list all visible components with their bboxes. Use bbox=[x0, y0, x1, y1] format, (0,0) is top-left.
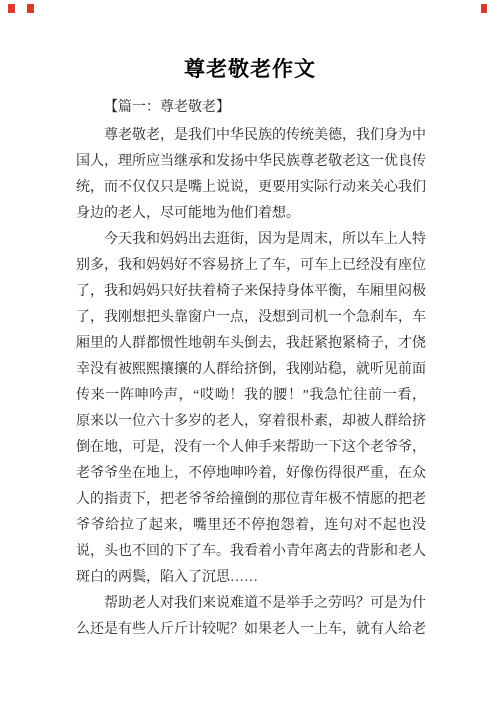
essay-line: 传来一阵呻吟声，“哎呦！我的腰！”我急忙往前一看， bbox=[76, 383, 426, 409]
essay-line: 统，而不仅仅只是嘴上说说，更要用实际行动来关心我们 bbox=[76, 175, 426, 201]
essay-line: 幸没有被熙熙攘攘的人群给挤倒，我刚站稳，就听见前面 bbox=[76, 357, 426, 383]
red-mark-icon bbox=[8, 4, 15, 13]
essay-line: 了，我刚想把头靠窗户一点，没想到司机一个急刹车，车 bbox=[76, 305, 426, 331]
essay-line: 么还是有些人斤斤计较呢？如果老人一上车，就有人给老 bbox=[76, 617, 426, 643]
paragraph: 帮助老人对我们来说难道不是举手之劳吗？可是为什么还是有些人斤斤计较呢？如果老人一… bbox=[76, 591, 426, 643]
essay-line: 倒在地，可是，没有一个人伸手来帮助一下这个老爷爷， bbox=[76, 435, 426, 461]
essay-line: 原来以一位六十多岁的老人，穿着很朴素，却被人群给挤 bbox=[76, 409, 426, 435]
essay-line: 尊老敬老，是我们中华民族的传统美德，我们身为中 bbox=[76, 123, 426, 149]
red-mark-icon bbox=[27, 4, 34, 13]
essay-line: 说，头也不回的下了车。我看着小青年离去的背影和老人 bbox=[76, 539, 426, 565]
document-page: 尊老敬老作文 【篇一：尊老敬老】 尊老敬老，是我们中华民族的传统美德，我们身为中… bbox=[0, 0, 500, 707]
paragraph: 今天我和妈妈出去逛街，因为是周末，所以车上人特别多，我和妈妈好不容易挤上了车，可… bbox=[76, 227, 426, 591]
essay-line: 老爷爷坐在地上，不停地呻吟着，好像伤得很严重，在众 bbox=[76, 461, 426, 487]
essay-paragraphs: 尊老敬老，是我们中华民族的传统美德，我们身为中国人，理所应当继承和发扬中华民族尊… bbox=[76, 123, 426, 643]
paragraph: 尊老敬老，是我们中华民族的传统美德，我们身为中国人，理所应当继承和发扬中华民族尊… bbox=[76, 123, 426, 227]
essay-line: 厢里的人群都惯性地朝车头倒去，我赶紧抱紧椅子，才侥 bbox=[76, 331, 426, 357]
essay-body: 【篇一：尊老敬老】 尊老敬老，是我们中华民族的传统美德，我们身为中国人，理所应当… bbox=[76, 95, 426, 643]
essay-line: 人的指责下，把老爷爷给撞倒的那位青年极不情愿的把老 bbox=[76, 487, 426, 513]
section-heading: 【篇一：尊老敬老】 bbox=[76, 95, 426, 121]
essay-line: 国人，理所应当继承和发扬中华民族尊老敬老这一优良传 bbox=[76, 149, 426, 175]
essay-line: 今天我和妈妈出去逛街，因为是周末，所以车上人特 bbox=[76, 227, 426, 253]
essay-line: 了，我和妈妈只好扶着椅子来保持身体平衡，车厢里闷极 bbox=[76, 279, 426, 305]
essay-line: 爷爷给拉了起来，嘴里还不停抱怨着，连句对不起也没 bbox=[76, 513, 426, 539]
essay-line: 别多，我和妈妈好不容易挤上了车，可车上已经没有座位 bbox=[76, 253, 426, 279]
essay-line: 斑白的两鬓，陷入了沉思…… bbox=[76, 565, 426, 591]
essay-line: 身边的老人，尽可能地为他们着想。 bbox=[76, 201, 426, 227]
essay-line: 帮助老人对我们来说难道不是举手之劳吗？可是为什 bbox=[76, 591, 426, 617]
page-title: 尊老敬老作文 bbox=[0, 56, 500, 84]
red-mark-icon bbox=[481, 4, 487, 13]
